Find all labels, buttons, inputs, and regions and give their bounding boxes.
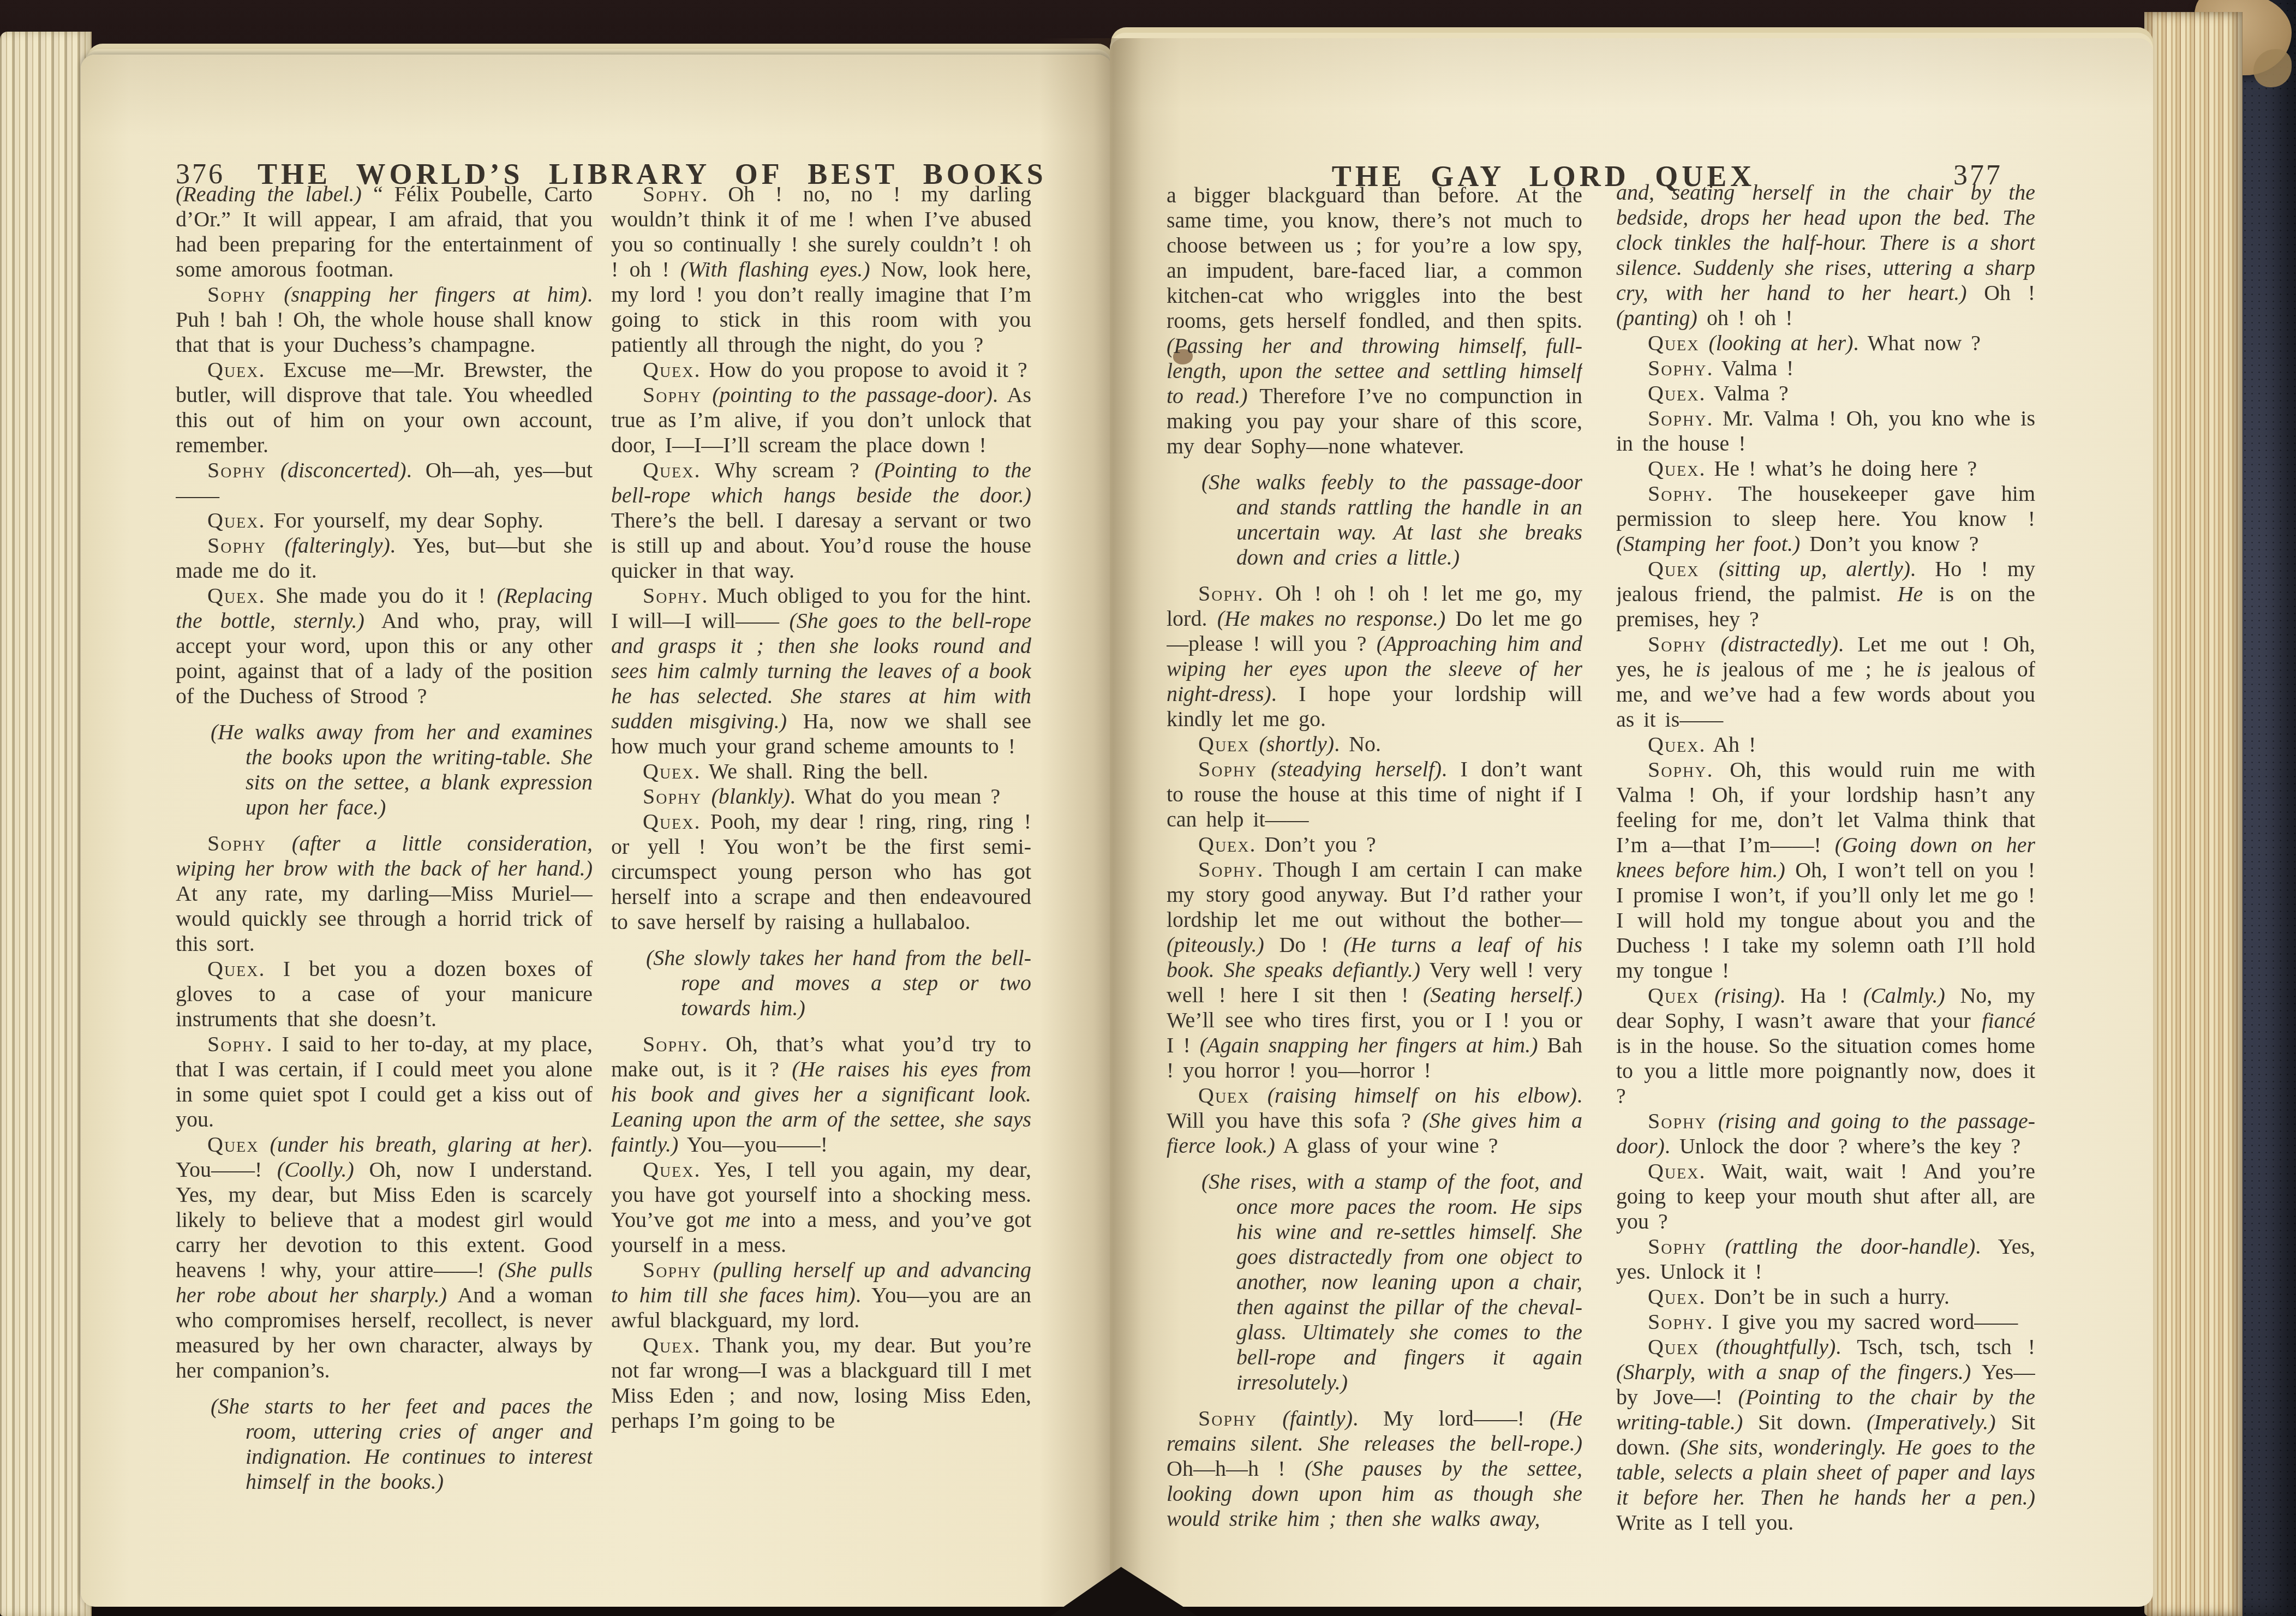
speaker-name: Sophy bbox=[1198, 757, 1257, 781]
speaker-name: Quex bbox=[1648, 983, 1699, 1008]
italic-text: (faintly) bbox=[1282, 1406, 1353, 1431]
play-text-paragraph: Sophy (distractedly). Let me out ! Oh, y… bbox=[1616, 632, 2035, 732]
dialogue-text: . She made you do it ! bbox=[259, 583, 497, 608]
play-text-paragraph: Sophy. I said to her to-day, at my place… bbox=[176, 1032, 593, 1132]
play-text-paragraph: Sophy (pulling herself up and advancing … bbox=[611, 1258, 1031, 1333]
speaker-name: Sophy bbox=[1198, 581, 1257, 606]
speaker-name: Sophy bbox=[207, 1032, 266, 1056]
dialogue-text: Write as I tell you. bbox=[1616, 1510, 1793, 1535]
dialogue-text bbox=[266, 831, 291, 855]
dialogue-text: . Ah ! bbox=[1699, 732, 1756, 757]
dialogue-text bbox=[1699, 983, 1714, 1008]
italic-text: (blankly) bbox=[711, 784, 790, 809]
dialogue-text: jealous of me ; he bbox=[1710, 657, 1916, 681]
dialogue-text bbox=[259, 1132, 270, 1157]
play-text-paragraph: Quex (rising). Ha ! (Calmly.) No, my dea… bbox=[1616, 983, 2035, 1109]
book-cover-edge bbox=[2234, 0, 2296, 1616]
play-text-paragraph: (Reading the label.) “ Félix Poubelle, C… bbox=[176, 182, 593, 282]
italic-text: fiancé bbox=[1982, 1008, 2035, 1033]
dialogue-text: oh ! oh ! bbox=[1697, 306, 1793, 330]
speaker-name: Quex bbox=[643, 357, 694, 382]
play-text-paragraph: Quex (under his breath, glaring at her).… bbox=[176, 1132, 593, 1383]
play-text-paragraph: Sophy. Oh ! no, no ! my darling wouldn’t… bbox=[611, 182, 1031, 357]
italic-text: (She slowly takes her hand from the bell… bbox=[646, 945, 1031, 1020]
speaker-name: Sophy bbox=[643, 583, 702, 608]
italic-text: (snapping her fingers at him) bbox=[284, 282, 587, 307]
play-text-paragraph: Quex (raising himself on his elbow). Wil… bbox=[1167, 1083, 1582, 1158]
play-text-paragraph: Quex. Don’t you ? bbox=[1167, 832, 1582, 857]
dialogue-text bbox=[1707, 1109, 1718, 1133]
play-text-paragraph: Sophy (rattling the door-handle). Yes, y… bbox=[1616, 1234, 2035, 1284]
play-text-paragraph: Sophy. I give you my sacred word—— bbox=[1616, 1309, 2035, 1334]
speaker-name: Sophy bbox=[1648, 632, 1707, 656]
dialogue-text: A glass of your wine ? bbox=[1275, 1133, 1498, 1158]
right-fore-edge-page-stack bbox=[2144, 12, 2243, 1616]
play-text-paragraph: Sophy (snapping her fingers at him). Puh… bbox=[176, 282, 593, 357]
open-book-photo: 376 THE WORLD’S LIBRARY OF BEST BOOKS TH… bbox=[0, 0, 2296, 1616]
play-text-paragraph: Sophy (steadying herself). I don’t want … bbox=[1167, 757, 1582, 832]
italic-text: (falteringly) bbox=[284, 533, 390, 558]
speaker-name: Sophy bbox=[643, 1258, 702, 1282]
dialogue-text: At any rate, my darling—Miss Muriel—woul… bbox=[176, 881, 593, 956]
dialogue-text bbox=[1257, 757, 1270, 781]
dialogue-text: . We shall. Ring the bell. bbox=[694, 759, 928, 783]
dialogue-text: . What now ? bbox=[1853, 331, 1981, 355]
dialogue-text bbox=[266, 458, 280, 482]
dialogue-text: . I give you my sacred word—— bbox=[1707, 1309, 2018, 1334]
play-text-paragraph: a bigger blackguard than before. At the … bbox=[1167, 183, 1582, 459]
speaker-name: Quex bbox=[1648, 456, 1699, 481]
speaker-name: Quex bbox=[207, 583, 259, 608]
speaker-name: Sophy bbox=[1648, 1234, 1707, 1259]
italic-text: (Again snapping her fingers at him.) bbox=[1200, 1033, 1538, 1057]
dialogue-text: a bigger blackguard than before. At the … bbox=[1167, 183, 1582, 333]
speaker-name: Quex bbox=[643, 458, 694, 482]
play-text-paragraph: Sophy (after a little consideration, wip… bbox=[176, 831, 593, 956]
speaker-name: Quex bbox=[1648, 556, 1699, 581]
play-text-paragraph: Sophy. Mr. Valma ! Oh, you kno whe is in… bbox=[1616, 406, 2035, 456]
stage-direction: (She slowly takes her hand from the bell… bbox=[611, 945, 1031, 1021]
italic-text: (thoughtfully) bbox=[1715, 1334, 1835, 1359]
dialogue-text bbox=[266, 533, 284, 558]
play-text-paragraph: Sophy. Oh ! oh ! oh ! let me go, my lord… bbox=[1167, 581, 1582, 732]
speaker-name: Quex bbox=[1648, 732, 1699, 757]
dialogue-text bbox=[1257, 1406, 1282, 1431]
stage-direction: (She starts to her feet and paces the ro… bbox=[176, 1394, 593, 1494]
dialogue-text bbox=[1707, 1234, 1725, 1259]
play-text-paragraph: Quex. Pooh, my dear ! ring, ring, ring !… bbox=[611, 809, 1031, 935]
play-text-paragraph: Quex (thoughtfully). Tsch, tsch, tsch ! … bbox=[1616, 1334, 2035, 1535]
italic-text: (piteously.) bbox=[1167, 932, 1264, 957]
speaker-name: Quex bbox=[1648, 1284, 1699, 1309]
dialogue-text: . Don’t be in such a hurry. bbox=[1699, 1284, 1950, 1309]
dialogue-text: . He ! what’s he doing here ? bbox=[1699, 456, 1977, 481]
italic-text: (Sharply, with a snap of the fingers.) bbox=[1616, 1360, 1971, 1384]
dialogue-text bbox=[702, 382, 712, 407]
dialogue-text: . Unlock the door ? where’s the key ? bbox=[1665, 1134, 2020, 1158]
play-text-paragraph: Quex. He ! what’s he doing here ? bbox=[1616, 456, 2035, 481]
play-text-paragraph: Sophy (disconcerted). Oh—ah, yes—but—— bbox=[176, 458, 593, 508]
play-text-paragraph: Sophy (rising and going to the passage-d… bbox=[1616, 1109, 2035, 1159]
italic-text: (Stamping her foot.) bbox=[1616, 531, 1800, 556]
play-text-paragraph: Sophy. Valma ! bbox=[1616, 356, 2035, 381]
speaker-name: Quex bbox=[1198, 1083, 1249, 1108]
italic-text: (rising) bbox=[1714, 983, 1780, 1008]
dialogue-text: . No. bbox=[1334, 732, 1381, 756]
play-text-paragraph: Sophy. Much obliged to you for the hint.… bbox=[611, 583, 1031, 759]
italic-text: (looking at her) bbox=[1708, 331, 1853, 355]
dialogue-text: Sit down. bbox=[1743, 1410, 1867, 1434]
speaker-name: Sophy bbox=[207, 533, 266, 558]
play-text-paragraph: Quex. Yes, I tell you again, my dear, yo… bbox=[611, 1157, 1031, 1258]
speaker-name: Quex bbox=[1648, 381, 1699, 405]
dialogue-text: . Valma ! bbox=[1707, 356, 1793, 380]
dialogue-text: . Valma ? bbox=[1699, 381, 1788, 405]
dialogue-text: . My lord——! bbox=[1353, 1406, 1550, 1431]
speaker-name: Quex bbox=[643, 1157, 694, 1182]
dialogue-text bbox=[1249, 732, 1259, 756]
italic-text: is bbox=[1696, 657, 1711, 681]
italic-text: (Seating herself.) bbox=[1423, 983, 1582, 1007]
play-text-paragraph: Quex. Wait, wait, wait ! And you’re goin… bbox=[1616, 1159, 2035, 1234]
dialogue-text: is in the house. So the situation comes … bbox=[1616, 1033, 2035, 1108]
speaker-name: Sophy bbox=[207, 282, 266, 307]
speaker-name: Sophy bbox=[643, 1032, 702, 1056]
speaker-name: Sophy bbox=[207, 831, 266, 855]
speaker-name: Quex bbox=[1198, 832, 1249, 857]
left-page-column-2: Sophy. Oh ! no, no ! my darling wouldn’t… bbox=[611, 182, 1031, 1433]
dialogue-text: Do ! bbox=[1264, 932, 1343, 957]
speaker-name: Quex bbox=[207, 508, 259, 532]
italic-text: (She rises, with a stamp of the foot, an… bbox=[1201, 1169, 1582, 1394]
play-text-paragraph: Quex. For yourself, my dear Sophy. bbox=[176, 508, 593, 533]
play-text-paragraph: Quex (looking at her). What now ? bbox=[1616, 331, 2035, 356]
play-text-paragraph: Quex (shortly). No. bbox=[1167, 732, 1582, 757]
italic-text: (shortly) bbox=[1259, 732, 1334, 756]
play-text-paragraph: Quex (sitting up, alertly). Ho ! my jeal… bbox=[1616, 556, 2035, 632]
italic-text: (Reading the label.) bbox=[176, 182, 362, 206]
italic-text: is bbox=[1916, 657, 1931, 681]
play-text-paragraph: Sophy (pointing to the passage-door). As… bbox=[611, 382, 1031, 458]
play-text-paragraph: Quex. Valma ? bbox=[1616, 381, 2035, 406]
dialogue-text: Oh—h—h ! bbox=[1167, 1456, 1305, 1481]
italic-text: (sitting up, alertly) bbox=[1719, 556, 1910, 581]
speaker-name: Sophy bbox=[1648, 481, 1707, 506]
play-text-paragraph: Quex. Don’t be in such a hurry. bbox=[1616, 1284, 2035, 1309]
speaker-name: Sophy bbox=[643, 382, 702, 407]
dialogue-text: . For yourself, my dear Sophy. bbox=[259, 508, 543, 532]
dialogue-text: There’s the bell. I daresay a servant or… bbox=[611, 508, 1031, 583]
play-text-paragraph: Quex. I bet you a dozen boxes of gloves … bbox=[176, 956, 593, 1032]
dialogue-text bbox=[1699, 331, 1708, 355]
italic-text: me bbox=[725, 1207, 751, 1232]
italic-text: (He makes no response.) bbox=[1217, 606, 1446, 631]
play-text-paragraph: Sophy (blankly). What do you mean ? bbox=[611, 784, 1031, 809]
italic-text: (She starts to her feet and paces the ro… bbox=[211, 1394, 593, 1494]
right-page-column-1: a bigger blackguard than before. At the … bbox=[1167, 183, 1582, 1531]
italic-text: (disconcerted) bbox=[280, 458, 406, 482]
dialogue-text bbox=[1249, 1083, 1267, 1108]
dialogue-text bbox=[702, 1258, 713, 1282]
speaker-name: Quex bbox=[643, 809, 694, 834]
italic-text: He bbox=[1898, 582, 1923, 606]
play-text-paragraph: Quex. Thank you, my dear. But you’re not… bbox=[611, 1333, 1031, 1433]
speaker-name: Quex bbox=[643, 759, 694, 783]
gutter-shadow bbox=[1039, 38, 1181, 1607]
italic-text: (Coolly.) bbox=[277, 1157, 354, 1182]
speaker-name: Sophy bbox=[1648, 356, 1707, 380]
italic-text: (pointing to the passage-door) bbox=[712, 382, 992, 407]
dialogue-text: . Why scream ? bbox=[694, 458, 874, 482]
italic-text: (steadying herself) bbox=[1271, 757, 1442, 781]
stage-direction: (She rises, with a stamp of the foot, an… bbox=[1167, 1169, 1582, 1395]
dialogue-text bbox=[1707, 632, 1720, 656]
dialogue-text: . How do you propose to avoid it ? bbox=[694, 357, 1027, 382]
italic-text: (under his breath, glaring at her) bbox=[270, 1132, 587, 1157]
speaker-name: Quex bbox=[1648, 331, 1699, 355]
left-page-column-1: (Reading the label.) “ Félix Poubelle, C… bbox=[176, 182, 593, 1505]
dialogue-text bbox=[1699, 1334, 1715, 1359]
speaker-name: Sophy bbox=[207, 458, 266, 482]
speaker-name: Quex bbox=[1648, 1334, 1699, 1359]
play-text-paragraph: Quex. Excuse me—Mr. Brewster, the butler… bbox=[176, 357, 593, 458]
speaker-name: Sophy bbox=[1648, 406, 1707, 430]
speaker-name: Sophy bbox=[1198, 1406, 1257, 1431]
right-page-column-2: and, seating herself in the chair by the… bbox=[1616, 180, 2035, 1535]
play-text-paragraph: Quex. How do you propose to avoid it ? bbox=[611, 357, 1031, 382]
italic-text: (rattling the door-handle) bbox=[1725, 1234, 1976, 1259]
speaker-name: Sophy bbox=[643, 784, 702, 809]
italic-text: (He walks away from her and examines the… bbox=[211, 720, 593, 819]
italic-text: (She walks feebly to the passage-door an… bbox=[1201, 470, 1582, 570]
italic-text: (Calmly.) bbox=[1863, 983, 1945, 1008]
play-text-paragraph: Quex. She made you do it ! (Replacing th… bbox=[176, 583, 593, 709]
play-text-paragraph: Quex. We shall. Ring the bell. bbox=[611, 759, 1031, 784]
speaker-name: Sophy bbox=[1648, 757, 1707, 782]
speaker-name: Quex bbox=[207, 357, 259, 382]
play-text-paragraph: Sophy. Though I am certain I can make my… bbox=[1167, 857, 1582, 1083]
italic-text: (distractedly) bbox=[1721, 632, 1839, 656]
speaker-name: Sophy bbox=[1198, 857, 1257, 882]
dialogue-text: You—you——! bbox=[678, 1132, 828, 1157]
speaker-name: Quex bbox=[643, 1333, 694, 1357]
dialogue-text bbox=[266, 282, 284, 307]
italic-text: (Imperatively.) bbox=[1867, 1410, 1996, 1434]
play-text-paragraph: Quex. Why scream ? (Pointing to the bell… bbox=[611, 458, 1031, 583]
speaker-name: Sophy bbox=[1648, 1309, 1707, 1334]
speaker-name: Quex bbox=[1198, 732, 1249, 756]
italic-text: (raising himself on his elbow) bbox=[1267, 1083, 1577, 1108]
dialogue-text bbox=[702, 784, 711, 809]
left-page-edge-stack bbox=[0, 32, 92, 1616]
play-text-paragraph: Sophy (falteringly). Yes, but—but she ma… bbox=[176, 533, 593, 583]
play-text-paragraph: Sophy. Oh, that’s what you’d try to make… bbox=[611, 1032, 1031, 1157]
dialogue-text: . Ha ! bbox=[1780, 983, 1863, 1008]
dialogue-text: . Tsch, tsch, tsch ! bbox=[1835, 1334, 2035, 1359]
play-text-paragraph: Sophy. Oh, this would ruin me with Valma… bbox=[1616, 757, 2035, 983]
speaker-name: Quex bbox=[1648, 1159, 1699, 1183]
speaker-name: Sophy bbox=[1648, 1109, 1707, 1133]
dialogue-text: . What do you mean ? bbox=[790, 784, 1000, 809]
speaker-name: Quex bbox=[207, 956, 259, 981]
speaker-name: Sophy bbox=[643, 182, 702, 206]
dialogue-text: . Don’t you ? bbox=[1249, 832, 1376, 857]
stage-direction: (She walks feebly to the passage-door an… bbox=[1167, 470, 1582, 570]
play-text-paragraph: Sophy. The housekeeper gave him permissi… bbox=[1616, 481, 2035, 556]
dialogue-text: Don’t you know ? bbox=[1800, 531, 1978, 556]
speaker-name: Quex bbox=[207, 1132, 259, 1157]
play-text-paragraph: Quex. Ah ! bbox=[1616, 732, 2035, 757]
dialogue-text: Oh ! bbox=[1967, 280, 2035, 305]
play-text-paragraph: Sophy (faintly). My lord——! (He remains … bbox=[1167, 1406, 1582, 1531]
play-text-paragraph: and, seating herself in the chair by the… bbox=[1616, 180, 2035, 331]
italic-text: (With flashing eyes.) bbox=[680, 257, 870, 282]
dialogue-text bbox=[1699, 556, 1718, 581]
stage-direction: (He walks away from her and examines the… bbox=[176, 720, 593, 820]
italic-text: (panting) bbox=[1616, 306, 1697, 330]
